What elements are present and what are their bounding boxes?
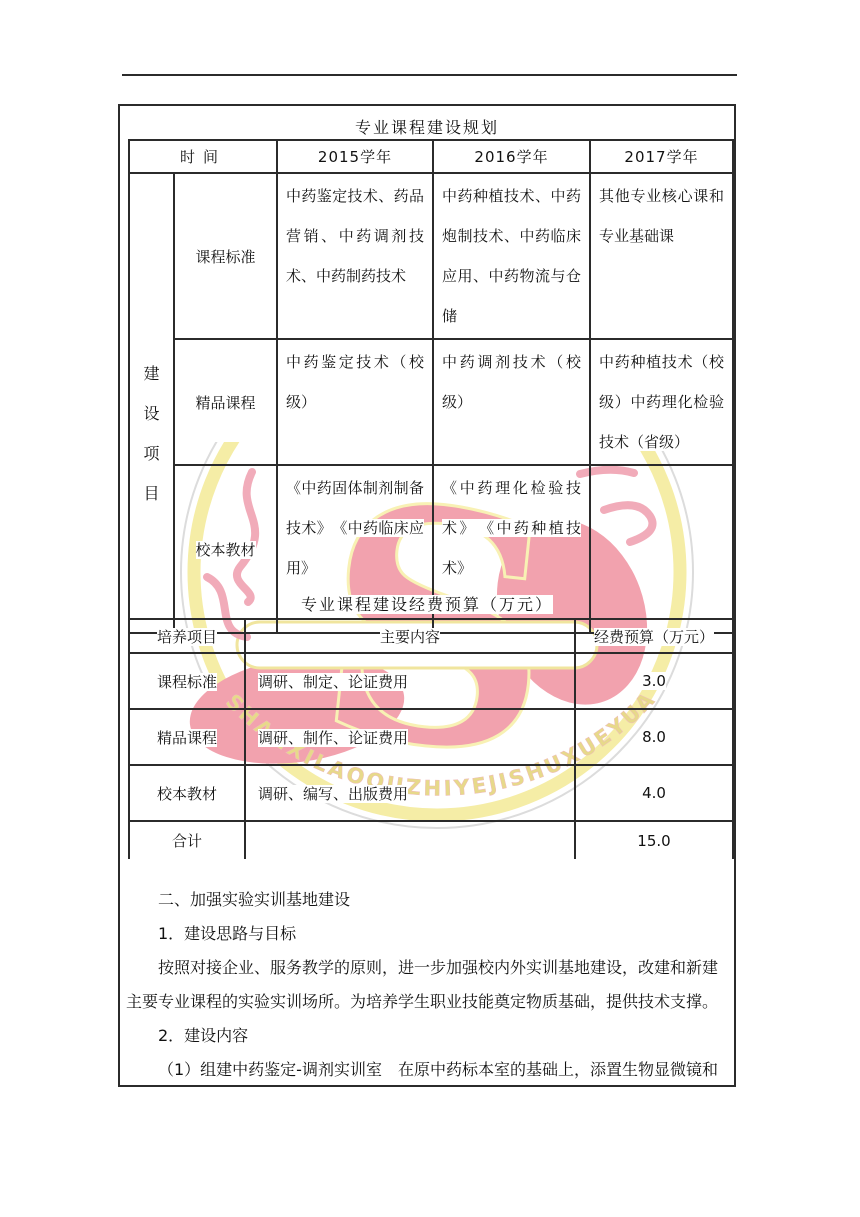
table1-corner-cell: 时间: [129, 140, 277, 173]
table1-row2-cell-2015: 中药鉴定技术（校级）: [277, 339, 433, 465]
t2-row3-content-text: 调研、编写、出版费用: [258, 785, 408, 803]
table2-title-text: 专业课程建设经费预算（万元）: [301, 595, 553, 614]
table2-row2-amount: 8.0: [575, 709, 733, 765]
t2-row3-label-text: 校本教材: [157, 785, 217, 803]
header-content-text: 主要内容: [380, 628, 440, 646]
row1-2016-text: 中药种植技术、中药炮制技术、中药临床应用、中药物流与仓储: [442, 187, 581, 325]
table1-row2-cell-2017: 中药种植技术（校级）中药理化检验技术（省级）: [590, 339, 733, 465]
paragraph-subheading-1: 1．建设思路与目标: [126, 924, 762, 944]
row3-2015-text: 《中药固体制剂制备技术》 《中药临床应用》: [286, 479, 424, 577]
table2-header-project: 培养项目: [129, 619, 245, 653]
table2-total-amount: 15.0: [575, 821, 733, 859]
year-2015-label: 2015学年: [318, 148, 392, 166]
row1-2015-text: 中药鉴定技术、药品营销、中药调剂技术、中药制药技术: [286, 187, 424, 285]
table1-year-header-2016: 2016学年: [433, 140, 590, 173]
table2-title: 专业课程建设经费预算（万元）: [120, 592, 734, 615]
t2-total-label-text: 合计: [172, 832, 202, 850]
t2-row1-content-text: 调研、制定、论证费用: [258, 673, 408, 691]
t2-row1-amount-text: 3.0: [642, 672, 666, 690]
table1-year-header-2017: 2017学年: [590, 140, 733, 173]
table2-row3-label: 校本教材: [129, 765, 245, 821]
table1-row1-cell-2016: 中药种植技术、中药炮制技术、中药临床应用、中药物流与仓储: [433, 173, 590, 339]
table2-row2-content: 调研、制作、论证费用: [245, 709, 575, 765]
table2-header-content: 主要内容: [245, 619, 575, 653]
t2-row2-label-text: 精品课程: [157, 729, 217, 747]
table1-row1-label: 课程标准: [174, 173, 277, 339]
t2-row2-amount-text: 8.0: [642, 728, 666, 746]
t2-row2-content-text: 调研、制作、论证费用: [258, 729, 408, 747]
table1-row2-cell-2016: 中药调剂技术（校级）: [433, 339, 590, 465]
row1-label-text: 课程标准: [196, 248, 256, 266]
budget-table: 培养项目 主要内容 经费预算（万元） 课程标准 调研、制定、论证费用 3.0 精…: [128, 618, 734, 859]
table1-row1-cell-2015: 中药鉴定技术、药品营销、中药调剂技术、中药制药技术: [277, 173, 433, 339]
row1-2017-text: 其他专业核心课和专业基础课: [599, 187, 724, 245]
row2-2016-text: 中药调剂技术（校级）: [442, 353, 581, 411]
table1-row2-label: 精品课程: [174, 339, 277, 465]
table2-row1-label: 课程标准: [129, 653, 245, 709]
table1-corner-label: 时间: [180, 148, 226, 166]
paragraph-subheading-2: 2．建设内容: [126, 1026, 762, 1046]
row3-2016-text: 《中药理化检验技术》 《中药种植技术》: [442, 479, 581, 577]
table1-title: 专业课程建设规划: [120, 115, 734, 138]
row2-label-text: 精品课程: [196, 394, 256, 412]
table2-row1-amount: 3.0: [575, 653, 733, 709]
row2-2017-text: 中药种植技术（校级）中药理化检验技术（省级）: [599, 353, 724, 451]
table1-group-cell: 建设项目: [129, 173, 174, 633]
header-budget-text: 经费预算（万元）: [594, 628, 714, 646]
page-border-frame: S SHANXILAOQUZHIYEJISHUXUEYUAN 专业课程建设规划 …: [118, 104, 736, 1087]
t2-total-amount-text: 15.0: [637, 832, 670, 850]
paragraph-section-heading: 二、加强实验实训基地建设: [126, 890, 762, 910]
table2-header-budget: 经费预算（万元）: [575, 619, 733, 653]
table2-row2-label: 精品课程: [129, 709, 245, 765]
table2-row3-amount: 4.0: [575, 765, 733, 821]
course-plan-table: 时间 2015学年 2016学年 2017学年 建设项目 课程标准 中药鉴定技术…: [128, 139, 734, 634]
table2-row1-content: 调研、制定、论证费用: [245, 653, 575, 709]
page-header-rule: [122, 74, 737, 76]
paragraph-body-line-3: （1）组建中药鉴定-调剂实训室 在原中药标本室的基础上，添置生物显微镜和: [126, 1060, 762, 1080]
header-project-text: 培养项目: [157, 628, 217, 646]
t2-row3-amount-text: 4.0: [642, 784, 666, 802]
t2-row1-label-text: 课程标准: [157, 673, 217, 691]
table1-year-header-2015: 2015学年: [277, 140, 433, 173]
year-2017-label: 2017学年: [624, 148, 698, 166]
table2-row3-content: 调研、编写、出版费用: [245, 765, 575, 821]
table1-row1-cell-2017: 其他专业核心课和专业基础课: [590, 173, 733, 339]
group-label-vertical: 建设项目: [143, 354, 161, 514]
table2-total-content: [245, 821, 575, 859]
paragraph-body-line-1: 按照对接企业、服务教学的原则，进一步加强校内外实训基地建设，改建和新建: [126, 958, 762, 978]
table2-total-label: 合计: [129, 821, 245, 859]
row3-label-text: 校本教材: [196, 541, 256, 559]
paragraph-body-line-2: 主要专业课程的实验实训场所。为培养学生职业技能奠定物质基础，提供技术支撑。: [126, 992, 730, 1012]
row2-2015-text: 中药鉴定技术（校级）: [286, 353, 424, 411]
year-2016-label: 2016学年: [474, 148, 548, 166]
table1-title-text: 专业课程建设规划: [355, 118, 499, 137]
